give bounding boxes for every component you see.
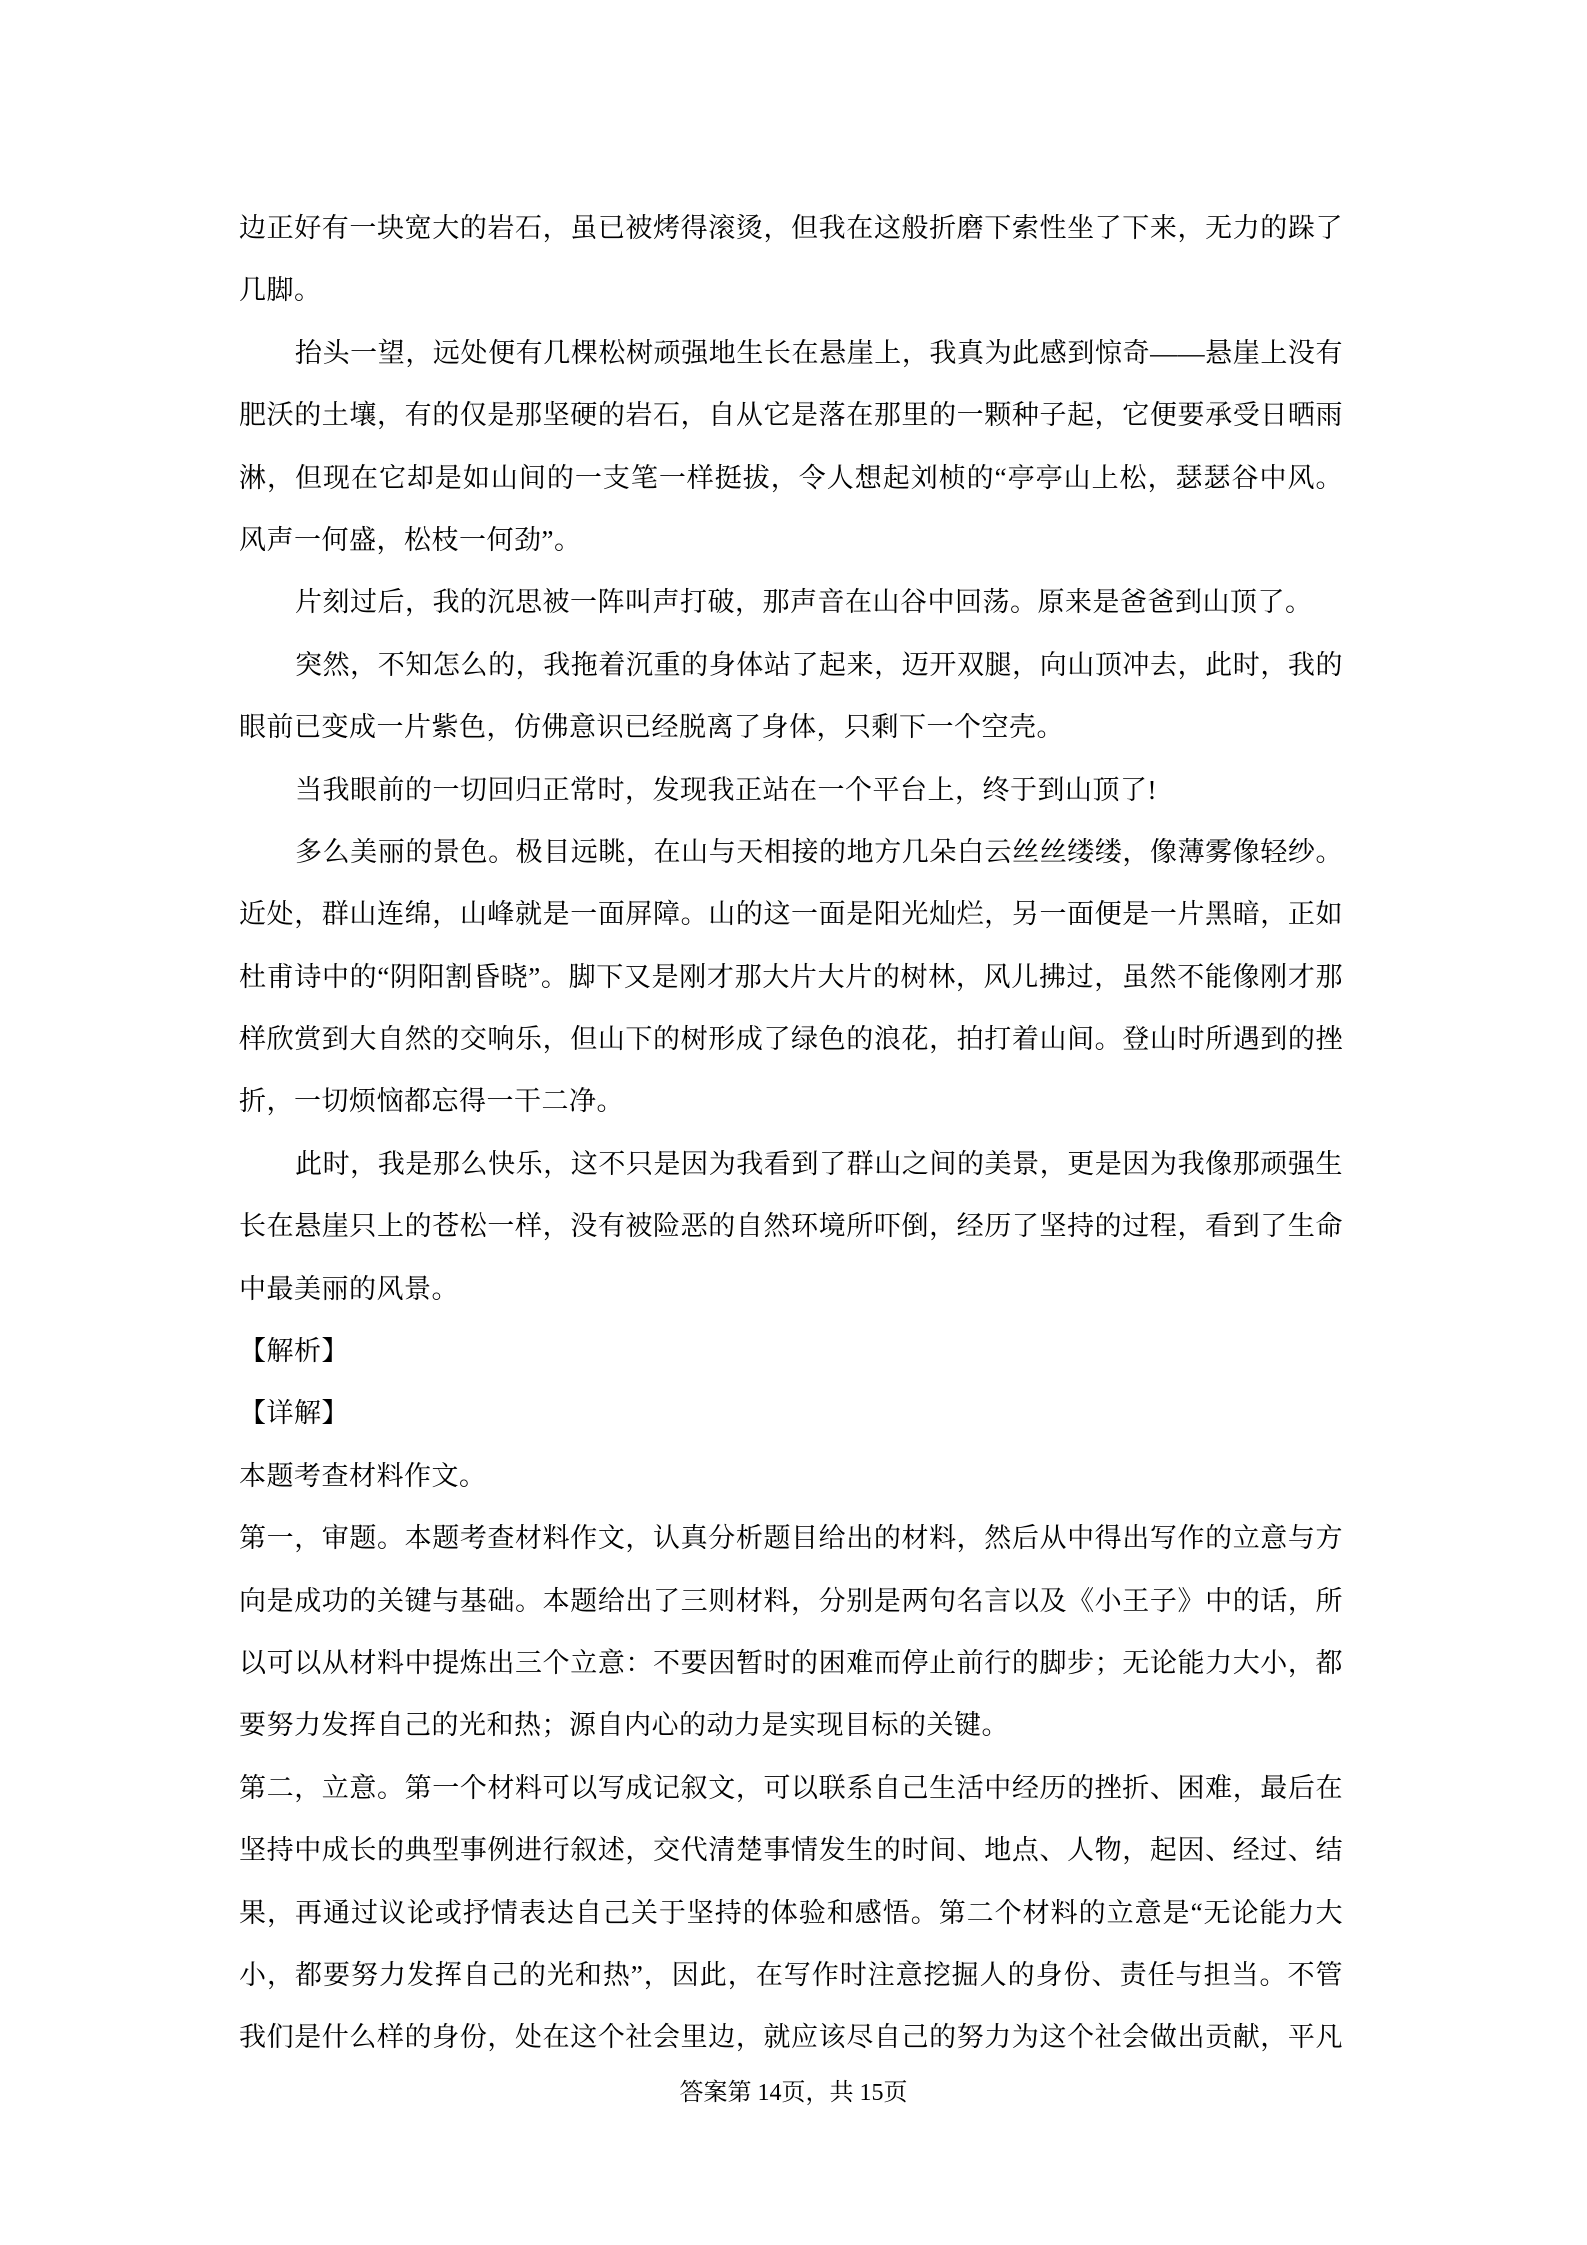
- text-line: 当我眼前的一切回归正常时，发现我正站在一个平台上，终于到山顶了!: [239, 759, 1343, 821]
- page-number: 答案第 14页，共 15页: [680, 2080, 908, 2106]
- text-line: 片刻过后，我的沉思被一阵叫声打破，那声音在山谷中回荡。原来是爸爸到山顶了。: [239, 571, 1343, 633]
- text-line: 样欣赏到大自然的交响乐，但山下的树形成了绿色的浪花，拍打着山间。登山时所遇到的挫: [239, 1008, 1343, 1070]
- text-line: 小，都要努力发挥自己的光和热”，因此，在写作时注意挖掘人的身份、责任与担当。不管: [239, 1944, 1343, 2006]
- text-line: 长在悬崖只上的苍松一样，没有被险恶的自然环境所吓倒，经历了坚持的过程，看到了生命: [239, 1195, 1343, 1257]
- text-line: 多么美丽的景色。极目远眺，在山与天相接的地方几朵白云丝丝缕缕，像薄雾像轻纱。: [239, 821, 1343, 883]
- text-line: 我们是什么样的身份，处在这个社会里边，就应该尽自己的努力为这个社会做出贡献，平凡: [239, 2006, 1343, 2068]
- text-line: 果，再通过议论或抒情表达自己关于坚持的体验和感悟。第二个材料的立意是“无论能力大: [239, 1882, 1343, 1944]
- text-line: 边正好有一块宽大的岩石，虽已被烤得滚烫，但我在这般折磨下索性坐了下来，无力的跺了: [239, 197, 1343, 259]
- text-line: 眼前已变成一片紫色，仿佛意识已经脱离了身体，只剩下一个空壳。: [239, 696, 1343, 758]
- text-line: 本题考查材料作文。: [239, 1445, 1343, 1507]
- text-line: 中最美丽的风景。: [239, 1258, 1343, 1320]
- text-line: 肥沃的土壤，有的仅是那坚硬的岩石，自从它是落在那里的一颗种子起，它便要承受日晒雨: [239, 384, 1343, 446]
- text-line: 以可以从材料中提炼出三个立意：不要因暂时的困难而停止前行的脚步；无论能力大小，都: [239, 1632, 1343, 1694]
- text-line: 第二，立意。第一个材料可以写成记叙文，可以联系自己生活中经历的挫折、困难，最后在: [239, 1757, 1343, 1819]
- section-label-xiangjie: 【详解】: [239, 1382, 1343, 1444]
- answer-text-block: 边正好有一块宽大的岩石，虽已被烤得滚烫，但我在这般折磨下索性坐了下来，无力的跺了…: [239, 197, 1343, 2069]
- text-line: 淋，但现在它却是如山间的一支笔一样挺拔，令人想起刘桢的“亭亭山上松，瑟瑟谷中风。: [239, 447, 1343, 509]
- text-line: 向是成功的关键与基础。本题给出了三则材料，分别是两句名言以及《小王子》中的话，所: [239, 1570, 1343, 1632]
- text-line: 折，一切烦恼都忘得一干二净。: [239, 1070, 1343, 1132]
- text-line: 抬头一望，远处便有几棵松树顽强地生长在悬崖上，我真为此感到惊奇——悬崖上没有: [239, 322, 1343, 384]
- text-line: 坚持中成长的典型事例进行叙述，交代清楚事情发生的时间、地点、人物，起因、经过、结: [239, 1819, 1343, 1881]
- text-line: 第一，审题。本题考查材料作文，认真分析题目给出的材料，然后从中得出写作的立意与方: [239, 1507, 1343, 1569]
- text-line: 突然，不知怎么的，我拖着沉重的身体站了起来，迈开双腿，向山顶冲去，此时，我的: [239, 634, 1343, 696]
- text-line: 几脚。: [239, 259, 1343, 321]
- document-page: 边正好有一块宽大的岩石，虽已被烤得滚烫，但我在这般折磨下索性坐了下来，无力的跺了…: [0, 0, 1587, 2245]
- text-line: 风声一何盛，松枝一何劲”。: [239, 509, 1343, 571]
- section-label-jiexi: 【解析】: [239, 1320, 1343, 1382]
- text-line: 杜甫诗中的“阴阳割昏晓”。脚下又是刚才那大片大片的树林，风儿拂过，虽然不能像刚才…: [239, 946, 1343, 1008]
- text-line: 要努力发挥自己的光和热；源自内心的动力是实现目标的关键。: [239, 1694, 1343, 1756]
- text-line: 此时，我是那么快乐，这不只是因为我看到了群山之间的美景，更是因为我像那顽强生: [239, 1133, 1343, 1195]
- text-line: 近处，群山连绵，山峰就是一面屏障。山的这一面是阳光灿烂，另一面便是一片黑暗，正如: [239, 883, 1343, 945]
- page-footer: 答案第 14页，共 15页: [0, 2072, 1587, 2114]
